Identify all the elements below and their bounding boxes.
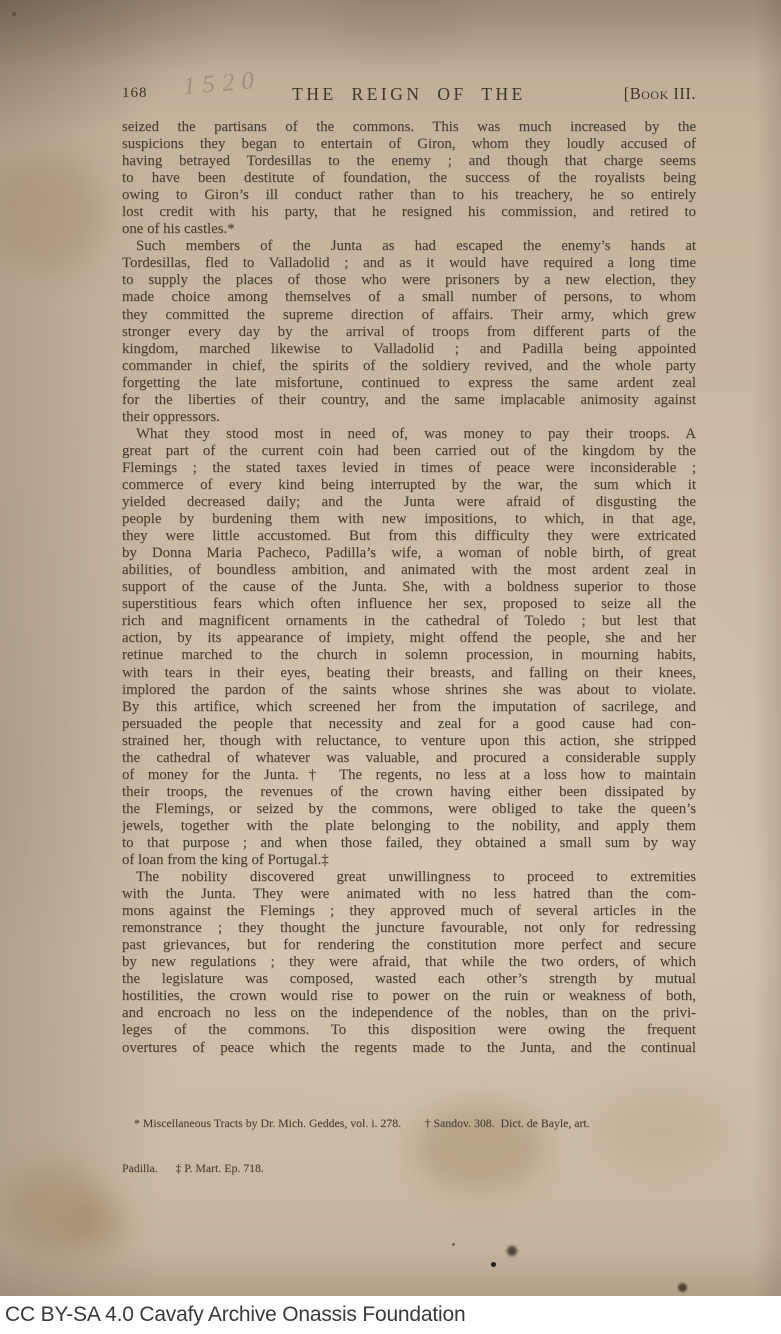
footnote-line: * Miscellaneous Tracts by Dr. Mich. Gedd…: [122, 1116, 696, 1131]
text-line: Flemings ; the stated taxes levied in ti…: [122, 460, 696, 477]
paper-stain: [66, 1196, 130, 1254]
text-line: one of his castles.*: [122, 221, 696, 238]
text-line: to that purpose ; and when those failed,…: [122, 835, 696, 852]
text-line: to have been destitute of foundation, th…: [122, 170, 696, 187]
text-line: Tordesillas, fled to Valladolid ; and as…: [122, 255, 696, 272]
text-line: made choice among themselves of a small …: [122, 289, 696, 306]
text-line: suspicions they began to entertain of Gi…: [122, 136, 696, 153]
text-line: the cathedral of whatever was valuable, …: [122, 750, 696, 767]
paragraph: Such members of the Junta as had escaped…: [122, 238, 696, 426]
text-line: they committed the supreme direction of …: [122, 307, 696, 324]
paragraph: What they stood most in need of, was mon…: [122, 426, 696, 869]
text-line: past grievances, but for rendering the c…: [122, 937, 696, 954]
book-label: [Book III.: [624, 84, 696, 104]
text-line: of loan from the king of Portugal.‡: [122, 852, 696, 869]
ink-speck: [678, 1283, 687, 1292]
footnote-line: Padilla. ‡ P. Mart. Ep. 718.: [122, 1161, 696, 1176]
text-line: commerce of every kind being interrupted…: [122, 477, 696, 494]
text-line: they were little accustomed. But from th…: [122, 528, 696, 545]
ink-speck: [452, 1243, 455, 1246]
text-line: the Flemings, or seized by the commons, …: [122, 801, 696, 818]
text-line: lost credit with his party, that he resi…: [122, 204, 696, 221]
text-line: having betrayed Tordesillas to the enemy…: [122, 153, 696, 170]
text-line: What they stood most in need of, was mon…: [122, 426, 696, 443]
text-line: and encroach no less on the independence…: [122, 1005, 696, 1022]
text-line: implored the pardon of the saints whose …: [122, 682, 696, 699]
text-line: The nobility discovered great unwillingn…: [122, 869, 696, 886]
text-line: owing to Giron’s ill conduct rather than…: [122, 187, 696, 204]
body-text: seized the partisans of the commons. Thi…: [122, 119, 696, 1057]
text-line: retinue marched to the church in solemn …: [122, 647, 696, 664]
text-line: yielded decreased daily; and the Junta w…: [122, 494, 696, 511]
text-line: by Donna Maria Pacheco, Padilla’s wife, …: [122, 545, 696, 562]
paper-stain: [0, 158, 103, 273]
text-line: seized the partisans of the commons. Thi…: [122, 119, 696, 136]
text-line: by new regulations ; they were afraid, t…: [122, 954, 696, 971]
text-line: jewels, together with the plate belongin…: [122, 818, 696, 835]
text-line: By this artifice, which screened her fro…: [122, 699, 696, 716]
text-line: support of the cause of the Junta. She, …: [122, 579, 696, 596]
license-bar: CC BY-SA 4.0 Cavafy Archive Onassis Foun…: [0, 1296, 781, 1334]
license-text: CC BY-SA 4.0 Cavafy Archive Onassis Foun…: [0, 1303, 465, 1327]
footnote: * Miscellaneous Tracts by Dr. Mich. Gedd…: [122, 1086, 696, 1206]
text-line: to supply the places of those who were p…: [122, 272, 696, 289]
text-line: kingdom, marched likewise to Valladolid …: [122, 341, 696, 358]
paragraph: The nobility discovered great unwillingn…: [122, 869, 696, 1057]
text-line: persuaded the people that necessity and …: [122, 716, 696, 733]
book-page-scan: 1520 168 THE REIGN OF THE [Book III. sei…: [0, 0, 781, 1296]
text-line: commander in chief, the spirits of the s…: [122, 358, 696, 375]
text-line: of money for the Junta.† The regents, no…: [122, 767, 696, 784]
ink-speck: [491, 1262, 496, 1267]
text-line: people by burdening them with new imposi…: [122, 511, 696, 528]
text-line: hostilities, the crown would rise to pow…: [122, 988, 696, 1005]
ink-speck: [507, 1246, 517, 1256]
text-line: leges of the commons. To this dispositio…: [122, 1022, 696, 1039]
text-line: abilities, of boundless ambition, and an…: [122, 562, 696, 579]
text-line: superstitious fears which often influenc…: [122, 596, 696, 613]
text-line: with tears in their eyes, beating their …: [122, 665, 696, 682]
page-header: 168 THE REIGN OF THE [Book III.: [122, 84, 696, 104]
running-title: THE REIGN OF THE: [122, 84, 696, 105]
screenshot: 1520 168 THE REIGN OF THE [Book III. sei…: [0, 0, 781, 1334]
text-line: action, by its appearance of impiety, mi…: [122, 630, 696, 647]
text-line: stronger every day by the arrival of tro…: [122, 324, 696, 341]
text-line: their oppressors.: [122, 409, 696, 426]
text-line: their troops, the revenues of the crown …: [122, 784, 696, 801]
text-line: overtures of peace which the regents mad…: [122, 1040, 696, 1057]
text-line: forgetting the late misfortune, continue…: [122, 375, 696, 392]
text-line: remonstrance ; they thought the juncture…: [122, 920, 696, 937]
ink-speck: [12, 12, 16, 16]
paragraph: seized the partisans of the commons. Thi…: [122, 119, 696, 238]
text-line: for the liberties of their country, and …: [122, 392, 696, 409]
text-line: with the Junta. They were animated with …: [122, 886, 696, 903]
text-line: Such members of the Junta as had escaped…: [122, 238, 696, 255]
text-line: strained her, though with reluctance, to…: [122, 733, 696, 750]
text-line: the legislature was composed, wasted eac…: [122, 971, 696, 988]
text-line: rich and magnificent ornaments in the ca…: [122, 613, 696, 630]
paper-stain: [6, 1164, 106, 1254]
text-line: great part of the current coin had been …: [122, 443, 696, 460]
text-line: mons against the Flemings ; they approve…: [122, 903, 696, 920]
paper-stain: [330, 0, 470, 50]
